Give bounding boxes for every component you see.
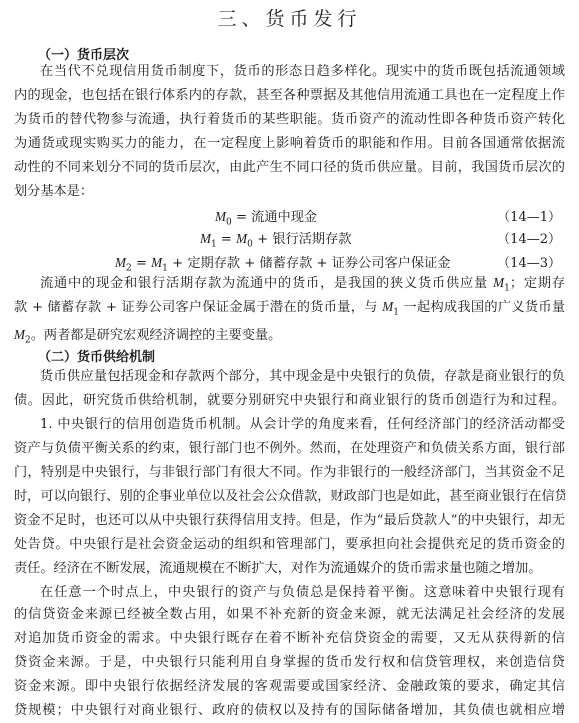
equation-number: （14—3） bbox=[497, 252, 561, 271]
paragraph-line: 资金不足时，也还可以从中央银行获得信用支持。但是，作为“最后贷款人”的中央银行，… bbox=[14, 512, 565, 530]
paragraph-line: 贷资金来源。于是，中央银行只能利用自身掌握的货币发行权和信贷管理权，来创造信贷 bbox=[14, 654, 565, 672]
paragraph-line: 动性的不同来划分不同的货币层次，由此产生不同口径的货币供应量。目前，我国货币层次… bbox=[14, 159, 565, 177]
formula-m1: M1 = M0 + 银行活期存款 bbox=[200, 228, 351, 250]
paragraph-line: 流通中的现金和银行活期存款为流通中的货币，是我国的狭义货币供应量 M1；定期存 bbox=[40, 274, 565, 298]
equation-number: （14—2） bbox=[497, 228, 561, 247]
paragraph-line: 门，特别是中央银行，与非银行部门有很大不同。作为非银行的一般经济部门，当其资金不… bbox=[14, 464, 565, 482]
section-heading-money-levels: （一）货币层次 bbox=[38, 44, 129, 63]
paragraph-line: 处告贷。中央银行是社会资金运动的组织和管理部门，要承担向社会提供充足的货币资金的 bbox=[14, 536, 565, 554]
paragraph-line: 为货币的替代物参与流通，执行着货币的某些职能。货币资产的流动性即各种货币资产转化 bbox=[14, 111, 565, 129]
formula-m0: M0 = 流通中现金 bbox=[215, 206, 317, 228]
paragraph-line: 划分基本是： bbox=[14, 183, 565, 201]
paragraph-line: 款 + 储蓄存款 + 证券公司客户保证金属于潜在的货币量，与 M1 一起构成我国… bbox=[14, 298, 565, 322]
paragraph-line: 的信贷资金来源已经被全数占用，如果不补充新的资金来源，就无法满足社会经济的发展 bbox=[14, 606, 565, 624]
section-heading-money-supply: （二）货币供给机制 bbox=[38, 346, 155, 365]
paragraph-line: 在当代不兑现信用货币制度下，货币的形态日趋多样化。现实中的货币既包括流通领域 bbox=[40, 63, 565, 81]
paragraph-line: 在任意一个时点上，中央银行的资产与负债总是保持着平衡。这意味着中央银行现有 bbox=[40, 584, 565, 602]
page-title: 三、货币发行 bbox=[0, 4, 579, 31]
paragraph-line: 为通货或现实购买力的能力，在一定程度上影响着货币的职能和作用。目前各国通常依据流 bbox=[14, 135, 565, 153]
document-page: 三、货币发行 （一）货币层次 在当代不兑现信用货币制度下，货币的形态日趋多样化。… bbox=[0, 0, 579, 723]
paragraph-line: 时，可以向银行、别的企事业单位以及社会公众借款，财政部门也是如此，甚至商业银行在… bbox=[14, 488, 565, 506]
paragraph-line: 责任。经济在不断发展，流通规模在不断扩大，对作为流通媒介的货币需求量也随之增加。 bbox=[14, 560, 565, 578]
equation-number: （14—1） bbox=[497, 206, 561, 225]
paragraph-line: 1. 中央银行的信用创造货币机制。从会计学的角度来看，任何经济部门的经济活动都受 bbox=[40, 416, 565, 434]
paragraph-line: 资产与负债平衡关系的约束，银行部门也不例外。然而，在处理资产和负债关系方面，银行… bbox=[14, 440, 565, 458]
paragraph-line: 资金来源。即中央银行依据经济发展的客观需要或国家经济、金融政策的要求，确定其信 bbox=[14, 678, 565, 696]
paragraph-line: 对追加货币资金的需求。中央银行既存在着不断补充信贷资金的需要，又无从获得新的信 bbox=[14, 630, 565, 648]
paragraph-line: 内的现金，也包括在银行体系内的存款，甚至各种票据及其他信用流通工具也在一定程度上… bbox=[14, 87, 565, 105]
paragraph-line: 贷规模；中央银行对商业银行、政府的债权以及持有的国际储备增加，其负债也就相应增 bbox=[14, 702, 565, 720]
paragraph-line: 债。因此，研究货币供给机制，就要分别研究中央银行和商业银行的货币创造行为和过程。 bbox=[14, 392, 565, 410]
formula-m2: M2 = M1 + 定期存款 + 储蓄存款 + 证券公司客户保证金 bbox=[115, 252, 450, 274]
paragraph-line: 货币供应量包括现金和存款两个部分，其中现金是中央银行的负债，存款是商业银行的负 bbox=[40, 368, 565, 386]
